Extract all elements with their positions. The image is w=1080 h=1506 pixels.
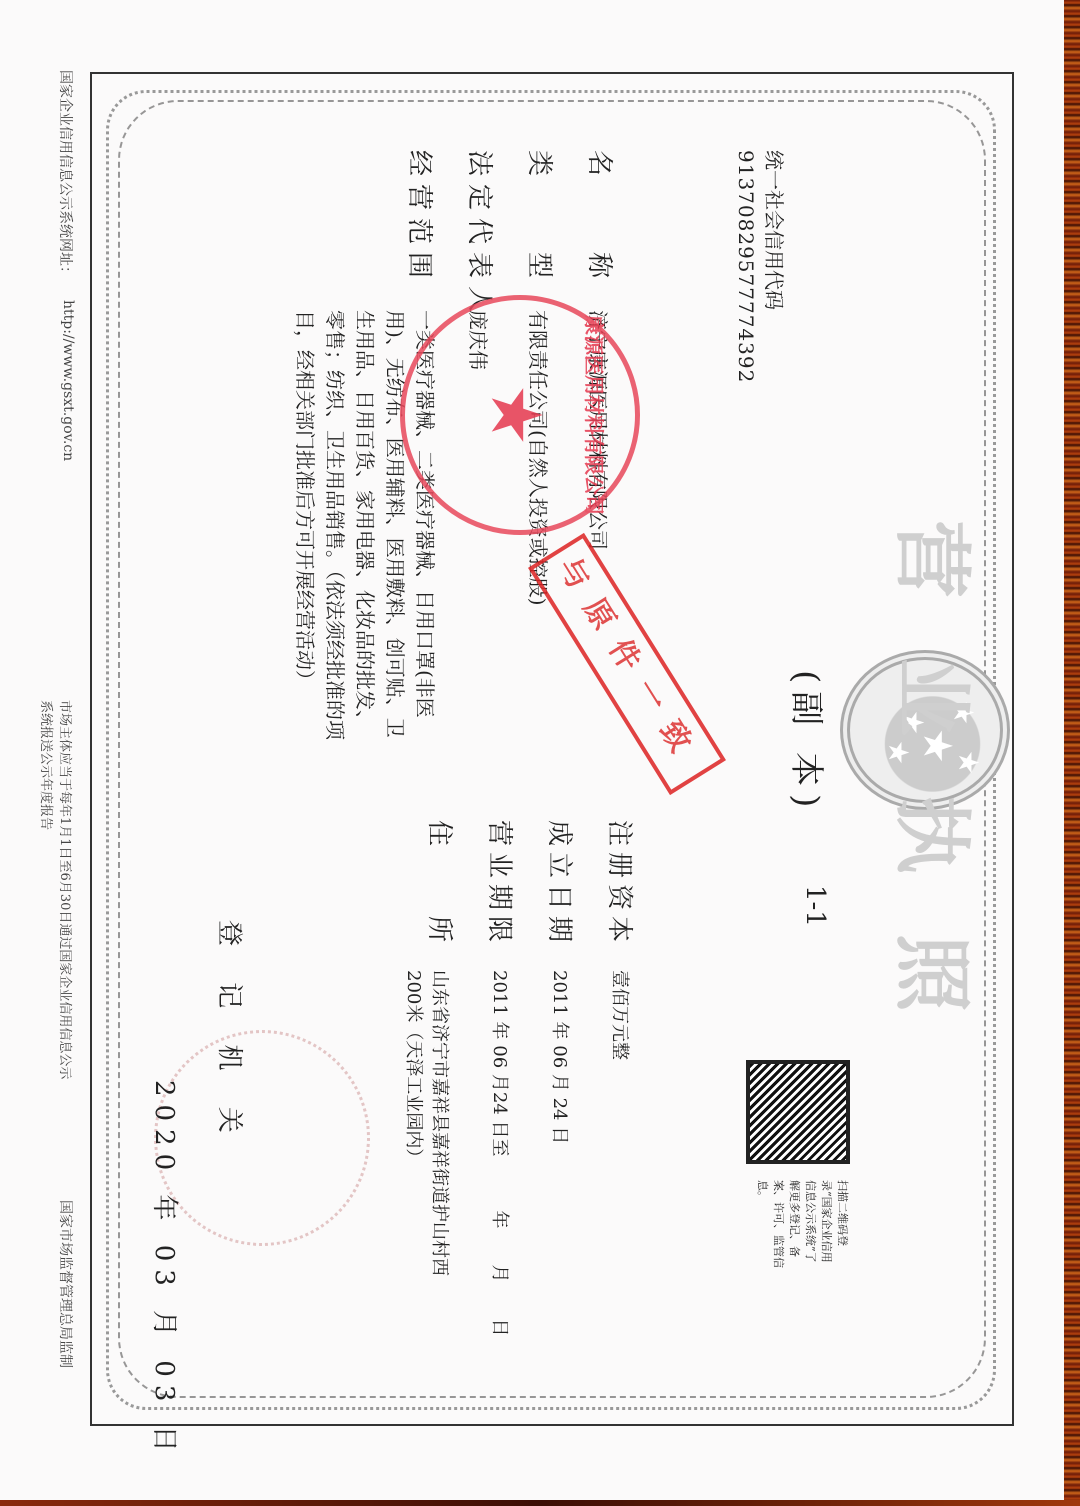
scope-label: 经营范围 <box>403 150 440 286</box>
established-value: 2011 年 06 月 24 日 <box>548 970 574 1144</box>
business-license-sheet: ★ ★ ★ ★ ★ 营业执照 (副 本) 1-1 统一社会信用代码 913708… <box>0 0 1080 1506</box>
copy-label: (副 本) <box>785 670 834 815</box>
company-seal-text: 康源医用材料有限公司 <box>581 300 610 530</box>
qr-note: 扫描二维码登录“国家企业信用信息公示系统”了解更多登记、备案、许可、监管信息。 <box>754 1180 850 1270</box>
type-label: 类 型 <box>523 150 560 286</box>
usci-value: 91370829577774392 <box>734 150 758 383</box>
seal-star-icon: ★ <box>475 384 557 447</box>
issue-date: 2020 年 03 月 03 日 <box>148 1080 185 1460</box>
footer-gsxt-label: 国家企业信用信息公示系统网址： <box>56 70 76 280</box>
address-label: 住 所 <box>423 820 460 948</box>
established-label: 成立日期 <box>543 820 580 948</box>
usci-label: 统一社会信用代码 <box>761 150 790 310</box>
authority-seal <box>154 1030 370 1246</box>
footer-annual-report-note: 市场主体应当于每年1月1日至6月30日通过国家企业信用信息公示系统报送公示年度报… <box>38 700 76 1080</box>
capital-value: 壹佰万元整 <box>608 970 634 1060</box>
license-title: 营业执照 <box>882 520 994 1072</box>
footer-url[interactable]: http://www.gsxt.gov.cn <box>60 300 76 461</box>
term-value: 2011 年 06 月24 日至 年 月 日 <box>488 970 514 1337</box>
company-seal: 康源医用材料有限公司 ★ <box>400 295 640 535</box>
capital-label: 注册资本 <box>603 820 640 948</box>
footer-supervisor: 国家市场监督管理总局监制 <box>56 1200 76 1368</box>
copy-number: 1-1 <box>800 885 830 927</box>
name-label: 名 称 <box>583 150 620 286</box>
term-label: 营业期限 <box>483 820 520 948</box>
address-value: 山东省济宁市嘉祥县嘉祥街道护山村西200米（天泽工业园内） <box>402 970 454 1290</box>
legal-rep-label: 法定代表人 <box>463 150 500 320</box>
qr-code[interactable] <box>746 1060 850 1164</box>
